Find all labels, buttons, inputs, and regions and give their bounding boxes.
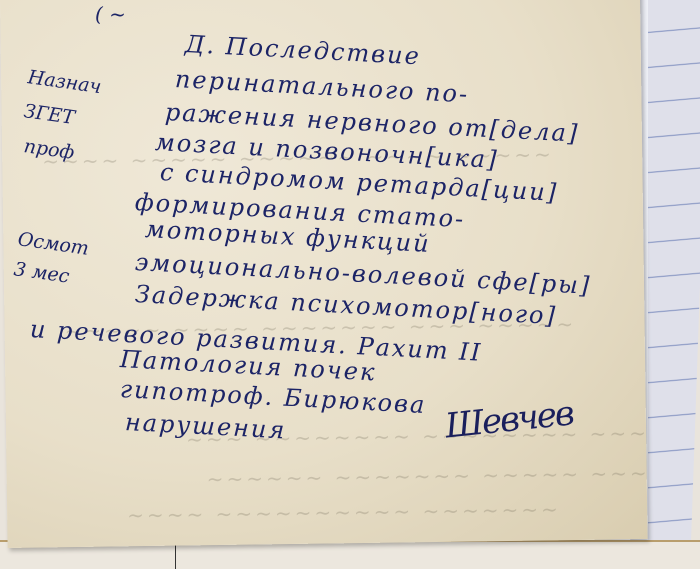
top-fragment: ( ~: [95, 2, 126, 26]
bleed-through-text: ~~~~ ~~~~~~~~~~ ~~~~~~~: [127, 497, 561, 527]
bleed-through-text: ~~~~~~ ~~~~~~~ ~~~~~ ~~~: [207, 461, 650, 491]
bottom-divider-line: [175, 545, 176, 569]
